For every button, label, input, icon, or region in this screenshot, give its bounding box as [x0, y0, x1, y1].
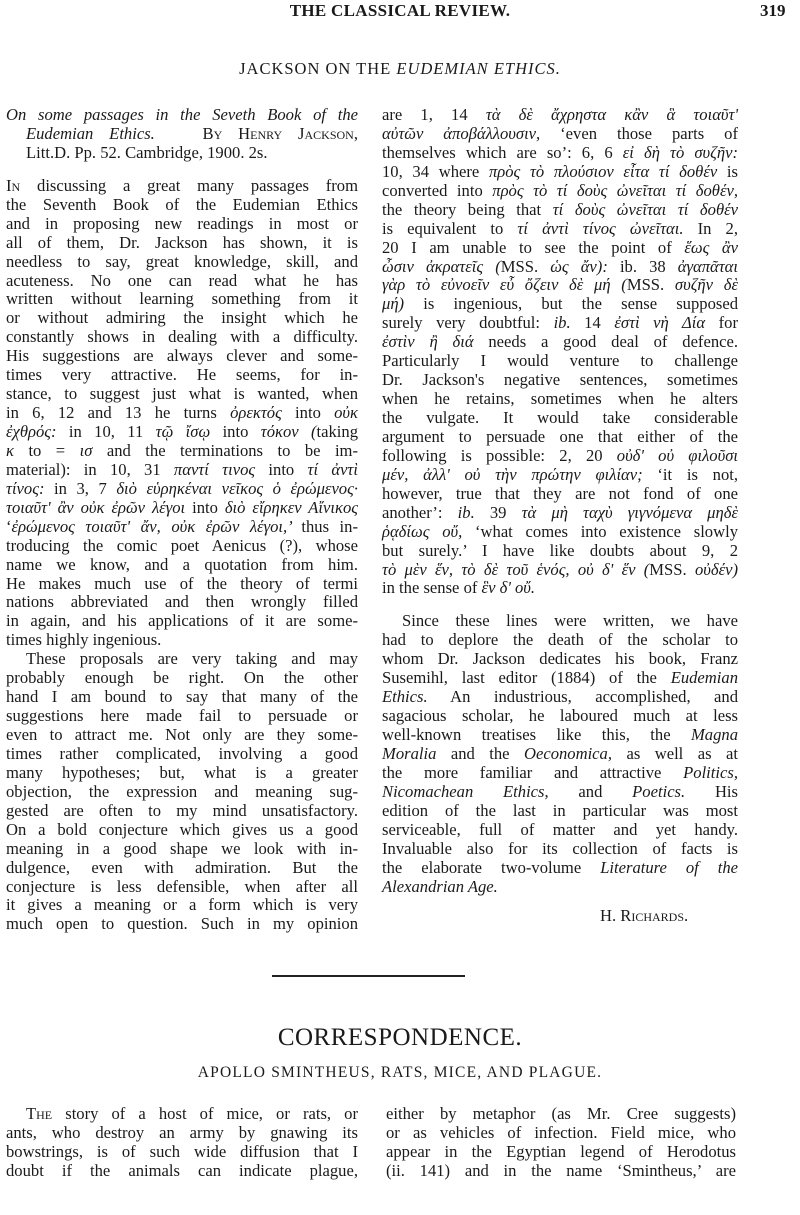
text-line: Ethics. An industrious, accomplished, an… [382, 688, 738, 707]
citation-line: Eudemian Ethics. By Henry Jackson, [6, 125, 358, 144]
text-line: the theory being that τί δοὺς ὠνεῖται τί… [382, 201, 738, 220]
text-line: surely very doubtful: ib. 14 ἐστὶ νὴ Δία… [382, 314, 738, 333]
article-title: JACKSON ON THE EUDEMIAN ETHICS. [0, 59, 800, 79]
citation-line: Litt.D. Pp. 52. Cambridge, 1900. 2s. [6, 144, 358, 163]
text-line: In discussing a great many passages from [6, 177, 358, 196]
text-line: times very attractive. He seems, for in- [6, 366, 358, 385]
journal-title: THE CLASSICAL REVIEW. [0, 1, 800, 21]
text-line: the more familiar and attractive Politic… [382, 764, 738, 783]
review-body-left: In discussing a great many passages from… [6, 177, 358, 935]
review-right-column: are 1, 14 τὰ δὲ ἄχρηστα κἂν ἃ τοιαῦτ'αὐτ… [382, 106, 738, 896]
text-line: sagacious scholar, he laboured much at l… [382, 707, 738, 726]
citation-line: On some passages in the Seveth Book of t… [6, 106, 358, 125]
letter-title: APOLLO SMINTHEUS, RATS, MICE, AND PLAGUE… [0, 1064, 800, 1082]
text-line: Susemihl, last editor (1884) of the Eude… [382, 669, 738, 688]
text-line: Particularly I would venture to challeng… [382, 352, 738, 371]
text-line: when he retains, sometimes when he alter… [382, 390, 738, 409]
text-line: (ii. 141) and in the name ‘Smintheus,’ a… [386, 1162, 736, 1181]
text-line: well-known treatises like this, the Magn… [382, 726, 738, 745]
section-divider [272, 975, 465, 977]
text-line: converted into πρὸς τὸ τί δοὺς ὠνεῖται τ… [382, 182, 738, 201]
text-line: μή) is ingenious, but the sense supposed [382, 295, 738, 314]
text-line: doubt if the animals can indicate plague… [6, 1162, 358, 1181]
text-line: ἐστὶν ἢ διά needs a good deal of defence… [382, 333, 738, 352]
text-line: τὸ μὲν ἕν, τὸ δὲ τοῦ ἑνός, οὐ δ' ἕν (MSS… [382, 561, 738, 580]
text-line: troducing the comic poet Aenicus (?), wh… [6, 537, 358, 556]
text-line: many hypotheses; but, what is a greater [6, 764, 358, 783]
text-line: dulgence, even with admiration. But the [6, 859, 358, 878]
text-line: τοιαῦτ' ἂν οὐκ ἐρῶν λέγοι into διὸ εἴρηκ… [6, 499, 358, 518]
author-signature: H. Richards. [600, 906, 688, 926]
text-line: is equivalent to τί ἀντὶ τίνος ὠνεῖται. … [382, 220, 738, 239]
text-line: or as vehicles of infection. Field mice,… [386, 1124, 736, 1143]
text-line: themselves which are so’: 6, 6 εἰ δὴ τὸ … [382, 144, 738, 163]
text-line: bowstrings, is of such wide diffusion th… [6, 1143, 358, 1162]
text-line: in 6, 12 and 13 he turns ὀρεκτός into οὐ… [6, 404, 358, 423]
section-title: CORRESPONDENCE. [0, 1024, 800, 1052]
text-line: nations abbreviated and then wrongly fil… [6, 593, 358, 612]
text-line: times rather complicated, involving a go… [6, 745, 358, 764]
text-line: hand I am bound to say that many of the [6, 688, 358, 707]
correspondence-body-right: either by metaphor (as Mr. Cree suggests… [386, 1105, 736, 1181]
text-line: written without learning something from … [6, 290, 358, 309]
text-line: needless to say, great knowledge, skill,… [6, 253, 358, 272]
text-line: times highly ingenious. [6, 631, 358, 650]
text-line: ‘ἐρώμενος τοιαῦτ' ἄν, οὐκ ἐρῶν λέγοι,’ t… [6, 518, 358, 537]
book-citation: On some passages in the Seveth Book of t… [6, 106, 358, 163]
review-body-right: are 1, 14 τὰ δὲ ἄχρηστα κἂν ἃ τοιαῦτ'αὐτ… [382, 106, 738, 896]
text-line: conjecture is less defensible, when afte… [6, 878, 358, 897]
paragraph-gap [382, 598, 738, 612]
text-line: suggestions here made fail to persuade o… [6, 707, 358, 726]
article-title-italic: EUDEMIAN ETHICS. [396, 59, 560, 78]
text-line: probably enough be right. On the other [6, 669, 358, 688]
text-line: constantly shows in dealing with a diffi… [6, 328, 358, 347]
text-line: however, true that they are not fond of … [382, 485, 738, 504]
text-line: but surely.’ I have like doubts about 9,… [382, 542, 738, 561]
text-line: μέν, ἀλλ' οὐ τὴν πρώτην φιλίαν; ‘it is n… [382, 466, 738, 485]
text-line: Since these lines were written, we have [382, 612, 738, 631]
article-title-prefix: JACKSON ON THE [239, 59, 396, 78]
text-line: edition of the last in particular was mo… [382, 802, 738, 821]
text-line: 10, 34 where πρὸς τὸ πλούσιον εἶτα τί δο… [382, 163, 738, 182]
text-line: the Seventh Book of the Eudemian Ethics [6, 196, 358, 215]
text-line: He makes much use of the theory of termi [6, 575, 358, 594]
text-line: gested are often to my mind unsatisfacto… [6, 802, 358, 821]
text-line: appear in the Egyptian legend of Herodot… [386, 1143, 736, 1162]
text-line: even to attract me. Not only are they so… [6, 726, 358, 745]
text-line: it gives a meaning or a form which is ve… [6, 896, 358, 915]
running-head: THE CLASSICAL REVIEW. 319 [0, 0, 800, 24]
text-line: ants, who destroy an army by gnawing its [6, 1124, 358, 1143]
correspondence-left-column: The story of a host of mice, or rats, or… [6, 1105, 358, 1181]
text-line: His suggestions are always clever and so… [6, 347, 358, 366]
review-left-column: On some passages in the Seveth Book of t… [6, 106, 358, 934]
text-line: Alexandrian Age. [382, 878, 738, 897]
text-line: The story of a host of mice, or rats, or [6, 1105, 358, 1124]
text-line: ῥᾳδίως οὔ, ‘what comes into existence sl… [382, 523, 738, 542]
text-line: ἐχθρός: in 10, 11 τῷ ἴσῳ into τόκον (tak… [6, 423, 358, 442]
correspondence-body-left: The story of a host of mice, or rats, or… [6, 1105, 358, 1181]
text-line: serviceable, full of matter and yet hand… [382, 821, 738, 840]
text-line: in the sense of ἓν δ' οὔ. [382, 579, 738, 598]
text-line: On a bold conjecture which gives us a go… [6, 821, 358, 840]
text-line: name we know, and a quotation from him. [6, 556, 358, 575]
text-line: another’: ib. 39 τὰ μὴ ταχὺ γιγνόμενα μη… [382, 504, 738, 523]
text-line: τίνος: in 3, 7 διὸ εὑρηκέναι νεῖκος ὁ ἐρ… [6, 480, 358, 499]
text-line: in again, and his applications of it are… [6, 612, 358, 631]
text-line: much open to question. Such in my opinio… [6, 915, 358, 934]
text-line: Moralia and the Oeconomica, as well as a… [382, 745, 738, 764]
text-line: κ to = ισ and the terminations to be im- [6, 442, 358, 461]
text-line: the vulgate. It would take considerable [382, 409, 738, 428]
correspondence-right-column: either by metaphor (as Mr. Cree suggests… [386, 1105, 736, 1181]
text-line: Dr. Jackson's negative sentences, someti… [382, 371, 738, 390]
text-line: objection, the expression and meaning su… [6, 783, 358, 802]
text-line: Invaluable also for its collection of fa… [382, 840, 738, 859]
text-line: material): in 10, 31 παντί τινος into τί… [6, 461, 358, 480]
text-line: stance, to suggest just what is wanted, … [6, 385, 358, 404]
text-line: and in proposing new readings in most or [6, 215, 358, 234]
text-line: had to deplore the death of the scholar … [382, 631, 738, 650]
text-line: following is possible: 2, 20 οὐδ' οὐ φιλ… [382, 447, 738, 466]
text-line: the elaborate two-volume Literature of t… [382, 859, 738, 878]
text-line: γὰρ τὸ εὐνοεῖν εὖ ὄζειν δὲ μή (MSS. συζῆ… [382, 276, 738, 295]
text-line: either by metaphor (as Mr. Cree suggests… [386, 1105, 736, 1124]
text-line: αὐτῶν ἀποβάλλουσιν, ‘even those parts of [382, 125, 738, 144]
text-line: argument to persuade one that either of … [382, 428, 738, 447]
text-line: are 1, 14 τὰ δὲ ἄχρηστα κἂν ἃ τοιαῦτ' [382, 106, 738, 125]
text-line: or without admiring the insight which he [6, 309, 358, 328]
page-number: 319 [760, 1, 786, 21]
text-line: meaning in a good shape we look with in- [6, 840, 358, 859]
text-line: whom Dr. Jackson dedicates his book, Fra… [382, 650, 738, 669]
text-line: These proposals are very taking and may [6, 650, 358, 669]
text-line: acuteness. No one can read what he has [6, 272, 358, 291]
text-line: all of them, Dr. Jackson has shown, it i… [6, 234, 358, 253]
text-line: ὦσιν ἀκρατεῖς (MSS. ὡς ἄν): ib. 38 ἀγαπᾶ… [382, 258, 738, 277]
spacer [6, 163, 358, 177]
text-line: 20 I am unable to see the point of ἕως ἂ… [382, 239, 738, 258]
text-line: Nicomachean Ethics, and Poetics. His [382, 783, 738, 802]
